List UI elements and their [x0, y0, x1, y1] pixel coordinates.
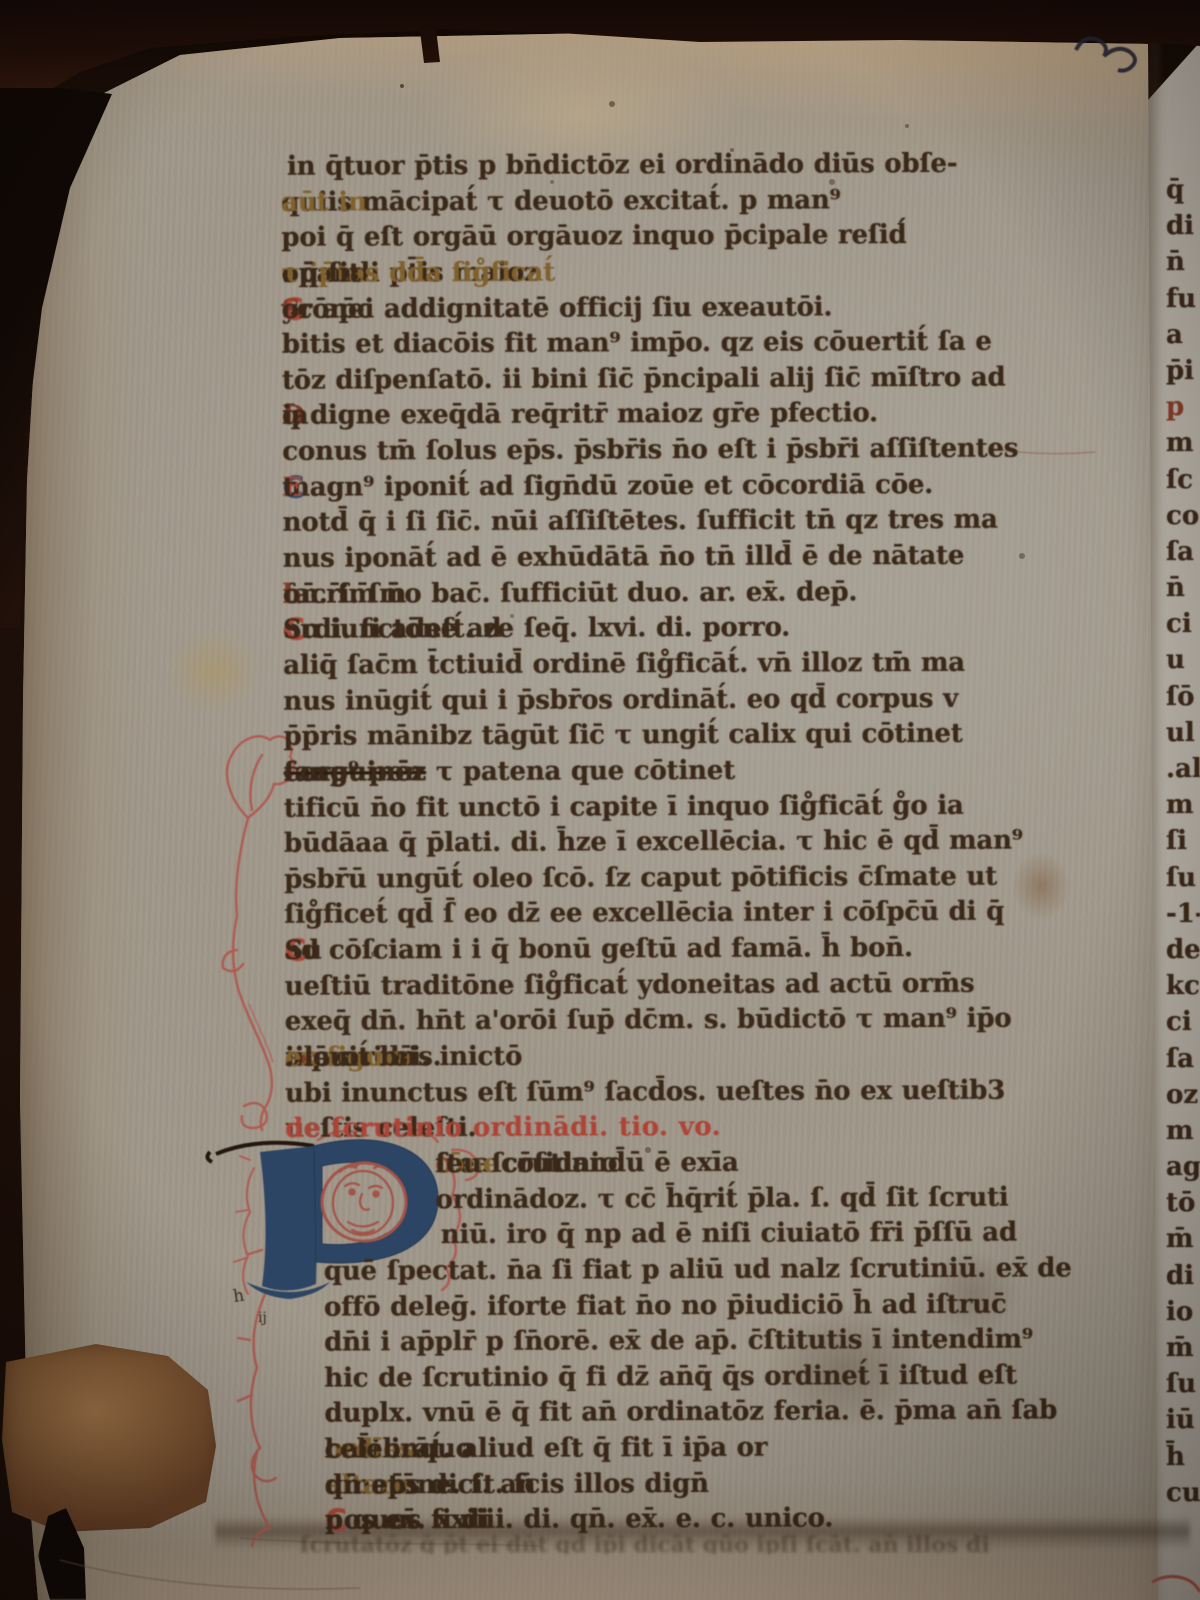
text-segment: u [1166, 642, 1185, 678]
text-segment: ſu [1166, 860, 1196, 896]
text-segment: tificū n̄o fit unctō i capite ī inquo ſi… [284, 788, 964, 827]
text-segment: exeq̄ dn̄. hn̄t a'orōi ſup̄ dc̄m. s. būd… [285, 1002, 1012, 1041]
strip-line-fragment: kc [1166, 968, 1200, 1004]
strip-line-fragment: ſa [1166, 1041, 1200, 1077]
text-segment: n̄ [1166, 570, 1185, 606]
strip-line-fragment: ſō [1166, 679, 1200, 715]
strip-red-mark [1152, 1576, 1200, 1592]
text-line: exeq̄ dn̄. hn̄t a'orōi ſup̄ dc̄m. s. būd… [285, 1002, 1075, 1041]
text-line: ad cōſciam i i q̄ bonū geſtū ad famā. h̄… [284, 930, 1074, 969]
text-segment: -1- [1166, 896, 1200, 932]
text-segment: poi q̄ eſt orgāū orgāuoz inquo p̄cipale … [281, 218, 906, 256]
text-line: tificū n̄o fit unctō i capite ī inquo ſi… [284, 788, 1074, 827]
cut-off-bottom-line: ſcrutatōz q̄ p̄t ei dn̄t qd̄ ip̄i dicāt … [300, 1532, 1040, 1554]
strip-line-fragment: .al [1166, 751, 1200, 787]
text-segment: ubi inunctus eſt ſūm⁹ ſacd̄os. ueſtes n̄… [285, 1073, 1005, 1112]
strip-line-fragment: h̄ [1166, 1439, 1200, 1475]
strip-line-fragment: n̄ [1166, 570, 1200, 606]
text-segment: p [1166, 389, 1184, 425]
text-line: tōz diſpenſatō. ii bini ſic̄ p̄ncipali a… [282, 360, 1072, 399]
text-line: bat̄i inquo ordīes celebrāt́. aliud eſt … [325, 1429, 1077, 1468]
text-segment: ul [1166, 715, 1195, 751]
text-segment: tō [1166, 1185, 1195, 1221]
text-line: duplx. vnū ē q̄ fit an̄ ordinatōz feria.… [324, 1394, 1076, 1433]
text-segment: Su [284, 934, 321, 970]
text-line: p̄sbr̄ū ungūt́ oleo ſcō. ſz caput pōtifi… [284, 859, 1074, 898]
text-segment: p̄i [1166, 353, 1194, 389]
text-segment: . q̄ ſit [281, 256, 360, 292]
text-segment: m̄ [1166, 1330, 1194, 1366]
text-line: dn̄i i ap̄plr̄ p ſn̄orē. ex̄ de ap̄. c̄ſ… [324, 1322, 1076, 1361]
strip-line-fragment: tō [1166, 1185, 1200, 1221]
text-segment: ia [282, 399, 308, 435]
strip-line-fragment: ci [1166, 1004, 1200, 1040]
text-line: ordinādoz. τ cc̄ h̄q̄rit́ p̄la. ſ. qd̄ ſ… [435, 1180, 1075, 1218]
text-line: aliq̄ ſac̄m t̄ctiuid̄ ordinē ſig̊ficāt́.… [283, 645, 1073, 684]
text-segment: magn⁹ iponit́ ad ſign̄dū zoūe et cōcordi… [282, 468, 933, 506]
text-segment: fu [1166, 281, 1196, 317]
text-segment: m [1166, 425, 1194, 461]
text-line: bitis et diacōis fit man⁹ imp̄o. qz eis … [282, 324, 1072, 363]
text-line: ueſtis celeſti. de ſcrutinio ordinādi. t… [285, 1109, 1075, 1148]
text-segment: ſa [1166, 534, 1194, 570]
text-line: oſtea cōſidand̄ū ē exīa tōne ſeu ſcrutin… [435, 1144, 1075, 1182]
text-segment: niū. iro q̄ np ad ē niſi ciuiatō fr̄i p̄… [441, 1216, 1017, 1254]
text-segment: bitis et diacōis fit man⁹ imp̄o. qz eis … [282, 325, 992, 364]
text-segment: q̄ [1166, 172, 1184, 208]
ink-scribble [1076, 38, 1135, 70]
strip-line-fragment: ſa [1166, 534, 1200, 570]
text-segment: notd̄ q̄ i ſi ſic̄. nūi aſſiſtētes. ſuff… [283, 503, 998, 542]
strip-line-fragment: -1- [1166, 896, 1200, 932]
strip-line-fragment: ci [1166, 606, 1200, 642]
text-segment: on̄. ſm̄ n̄o bac̄. ſufficiūt duo. ar. ex… [283, 575, 858, 613]
strip-line-fragment: fu [1166, 281, 1200, 317]
strip-line-fragment: ſu [1166, 860, 1200, 896]
text-line: conus tm̄ ſolus ep̄s. p̄sbr̄is n̄o eſt i… [282, 431, 1072, 470]
text-segment: a [1166, 317, 1183, 353]
rubric-text: de ſcrutinio ordinādi. tio. vo. [285, 1110, 721, 1148]
text-line: nus inūgit́ qui i p̄sbr̄os ordināt́. eo … [283, 681, 1073, 720]
text-segment: kc [1166, 968, 1200, 1004]
text-segment: . leuit́ bn̄ [285, 1040, 417, 1076]
strip-line-fragment: p [1166, 389, 1200, 425]
text-segment: co [1166, 498, 1199, 534]
text-line: poi q̄ eſt orgāū orgāuoz inquo p̄cipale … [281, 218, 1071, 257]
strip-line-fragment: co [1166, 498, 1200, 534]
text-segment: conus tm̄ ſolus ep̄s. p̄sbr̄is n̄o eſt i… [282, 432, 1018, 471]
text-segment: aliq̄ ſac̄m t̄ctiuid̄ ordinē ſig̊ficāt́.… [283, 646, 965, 685]
text-segment: celebrāt́. aliud eſt q̄ fit ī ip̄a or [325, 1431, 768, 1469]
text-segment: ſeu ſcrutinio [435, 1146, 617, 1182]
strip-line-fragment: m̄ [1166, 1330, 1200, 1366]
strip-line-fragment: m [1166, 425, 1200, 461]
text-segment: de [1166, 932, 1200, 968]
text-line: magn⁹ iponit́ ad ſign̄dū zoūe et cōcordi… [282, 467, 1072, 506]
text-segment: ci [1166, 1004, 1192, 1040]
strip-line-fragment: ag [1166, 1149, 1200, 1185]
text-segment: ci [1166, 606, 1192, 642]
strip-line-fragment: m [1166, 1113, 1200, 1149]
text-segment: di [1166, 208, 1194, 244]
text-segment: di [1166, 1258, 1194, 1294]
text-segment: ordinādoz. τ cc̄ h̄q̄rit́ p̄la. ſ. qd̄ ſ… [435, 1180, 1008, 1218]
strip-line-fragment: di [1166, 1258, 1200, 1294]
text-line: p̄p̄ris mānibz tāgūt ſic̄ τ ungit́ calix… [283, 717, 1073, 756]
text-line: notd̄ q̄ i ſi ſic̄. nūi aſſiſtētes. ſuff… [283, 503, 1073, 542]
text-segment: hic de ſcrutinio q̄ fi dz̄ an̄q̄ q̄s ord… [324, 1358, 1017, 1397]
strip-line-fragment: ſi [1166, 823, 1200, 859]
text-line: a p̄zarchis. ccii. za. i ui. inictō ex f… [285, 1037, 1075, 1076]
text-line: ſig̊ficet́ qd̄ ſ̄ eo dz̄ ee excellēcia i… [284, 895, 1074, 934]
strip-line-fragment: m [1166, 787, 1200, 823]
text-segment: .al [1166, 751, 1200, 787]
text-line: quiis mācipat́ τ deuotō excitat́. p man⁹… [281, 182, 1071, 221]
text-line: ſanguinēz τ patena que cōtinet ſanguinēz… [284, 752, 1074, 791]
text-segment: cu [1166, 1475, 1200, 1511]
strip-line-fragment: ul [1166, 715, 1200, 751]
text-segment: ad cōſciam i i q̄ bonū geſtū ad famā. h̄… [284, 931, 912, 969]
text-segment: ſc [1166, 462, 1193, 498]
strip-line-fragment: a [1166, 317, 1200, 353]
text-segment: Su iunctōne ad [283, 612, 501, 649]
text-segment: qn̄ ep̄s dicit. ſcis illos dign̄ [325, 1467, 709, 1504]
strip-line-fragment: u [1166, 642, 1200, 678]
strip-line-fragment: iū [1166, 1402, 1200, 1438]
strip-line-fragment: di [1166, 208, 1200, 244]
strip-line-fragment: io [1166, 1294, 1200, 1330]
text-line: ubi inunctus eſt ſūm⁹ ſacd̄os. ueſtes n̄… [285, 1073, 1075, 1112]
text-segment: m [1166, 1113, 1194, 1149]
text-line: nus iponāt́ ad ē exhūdātā n̄o tn̄ illd̄ … [283, 538, 1073, 577]
strip-line-fragment: m̄ [1166, 1221, 1200, 1257]
text-segment: in q̄tuor p̄tis p bn̄dictōz ei ordinādo … [287, 147, 957, 186]
strip-line-fragment: p̄i [1166, 353, 1200, 389]
text-segment: nus inūgit́ qui i p̄sbr̄os ordināt́. eo … [283, 681, 958, 720]
text-line: offō deleḡ. iforte fiat n̄o no p̄iudiciō… [324, 1287, 1076, 1326]
text-line: q̄ digne exeq̄dā req̄ritr̄ maioz gr̄e pf… [282, 396, 1072, 435]
text-segment: ſu [1166, 1366, 1196, 1402]
strip-line-fragment: cu [1166, 1475, 1200, 1511]
manuscript-photo: h ij in q̄tuor p̄tis p bn̄dictōz ei ordi… [0, 0, 1200, 1600]
text-line: ycōnei addignitatē officij ſiu exeautōi.… [282, 289, 1072, 328]
quire-mark-ij: ij [258, 1310, 267, 1326]
strip-line-fragment: ſu [1166, 1366, 1200, 1402]
text-segment: t [282, 470, 294, 506]
text-segment: p̄sbr̄ū ungūt́ oleo ſcō. ſz caput pōtifi… [284, 859, 997, 898]
text-segment: nus iponāt́ ad ē exhūdātā n̄o tn̄ illd̄ … [283, 539, 965, 578]
text-line: būdāaa q̄ p̄lati. di. h̄ze ī excellēcia.… [284, 823, 1074, 862]
strip-line-fragment: ſc [1166, 462, 1200, 498]
text-segment: m̄ [1166, 1221, 1194, 1257]
text-segment: iū [1166, 1402, 1195, 1438]
text-line: ueſtiū traditōne ſig̊ficat́ ydoneitas ad… [285, 966, 1075, 1005]
text-segment: duplx. vnū ē q̄ fit an̄ ordinatōz feria.… [324, 1394, 1057, 1433]
text-segment: ſi [1166, 823, 1187, 859]
text-segment: ſig̊ficet́ qd̄ ſ̄ eo dz̄ ee excellēcia i… [284, 895, 1004, 934]
text-line: ſacr̄i. ſm̄ bon̄. ſm̄ n̄o bac̄. ſufficiū… [283, 574, 1073, 613]
quire-mark-h: h [232, 1286, 246, 1307]
text-segment: oz [1166, 1077, 1198, 1113]
text-segment: dn̄i i ap̄plr̄ p ſn̄orē. ex̄ de ap̄. c̄ſ… [324, 1323, 1033, 1362]
text-segment: ag [1166, 1149, 1200, 1185]
strip-line-fragment: q̄ [1166, 172, 1200, 208]
text-segment: io [1166, 1294, 1193, 1330]
text-segment: ſō [1166, 679, 1195, 715]
text-line: dinatōne. ſ. an̄ altare qn̄ ep̄s dicit. … [325, 1465, 1077, 1504]
text-segment: h̄ [1166, 1439, 1185, 1475]
text-segment: corp⁹ pon [284, 755, 423, 791]
text-segment: ſa [1166, 1041, 1194, 1077]
strip-line-fragment: oz [1166, 1077, 1200, 1113]
facing-page-text-fragments: q̄din̄fuap̄ipmſccoſan̄ciuſōul.almſiſu-1-… [1166, 172, 1200, 1532]
strip-line-fragment: de [1166, 932, 1200, 968]
text-segment: p̄p̄ris mānibz tāgūt ſic̄ τ ungit́ calix… [283, 717, 962, 756]
text-line: niū. iro q̄ np ad ē niſi ciuiatō fr̄i p̄… [441, 1215, 1076, 1253]
text-segment: n̄ [1166, 244, 1185, 280]
text-segment: offō deleḡ. iforte fiat n̄o no p̄iudiciō… [324, 1287, 1007, 1326]
text-segment: m [1166, 787, 1194, 823]
text-segment: ueſtiū traditōne ſig̊ficat́ ydoneitas ad… [285, 966, 975, 1005]
text-segment: aūt in [281, 185, 367, 221]
text-line: op̄andi pt̄is maioz τ ip̄tas dd̄a ſig̊fi… [281, 253, 1071, 292]
text-block: in q̄tuor p̄tis p bn̄dictōz ei ordinādo … [281, 146, 1077, 1539]
text-line: ordi. ſi adeſt́. ze ſeq̄. lxvi. di. porr… [283, 610, 1073, 649]
text-segment: būdāaa q̄ p̄lati. di. h̄ze ī excellēcia.… [284, 824, 1023, 863]
text-segment: q̄ digne exeq̄dā req̄ritr̄ maioz gr̄e pf… [282, 397, 878, 435]
text-line: in q̄tuor p̄tis p bn̄dictōz ei ordinādo … [287, 146, 1071, 185]
text-segment: quē ſpectat. n̄a ſi fiat p aliū ud nalz … [324, 1251, 1072, 1290]
strip-line-fragment: n̄ [1166, 244, 1200, 280]
text-segment: or ap̄c [282, 292, 373, 328]
text-segment: tōz diſpenſatō. ii bini ſic̄ p̄ncipali a… [282, 360, 1006, 399]
text-line: hic de ſcrutinio q̄ fi dz̄ an̄q̄ q̄s ord… [324, 1358, 1076, 1397]
text-line: quē ſpectat. n̄a ſi fiat p aliū ud nalz … [324, 1251, 1076, 1290]
